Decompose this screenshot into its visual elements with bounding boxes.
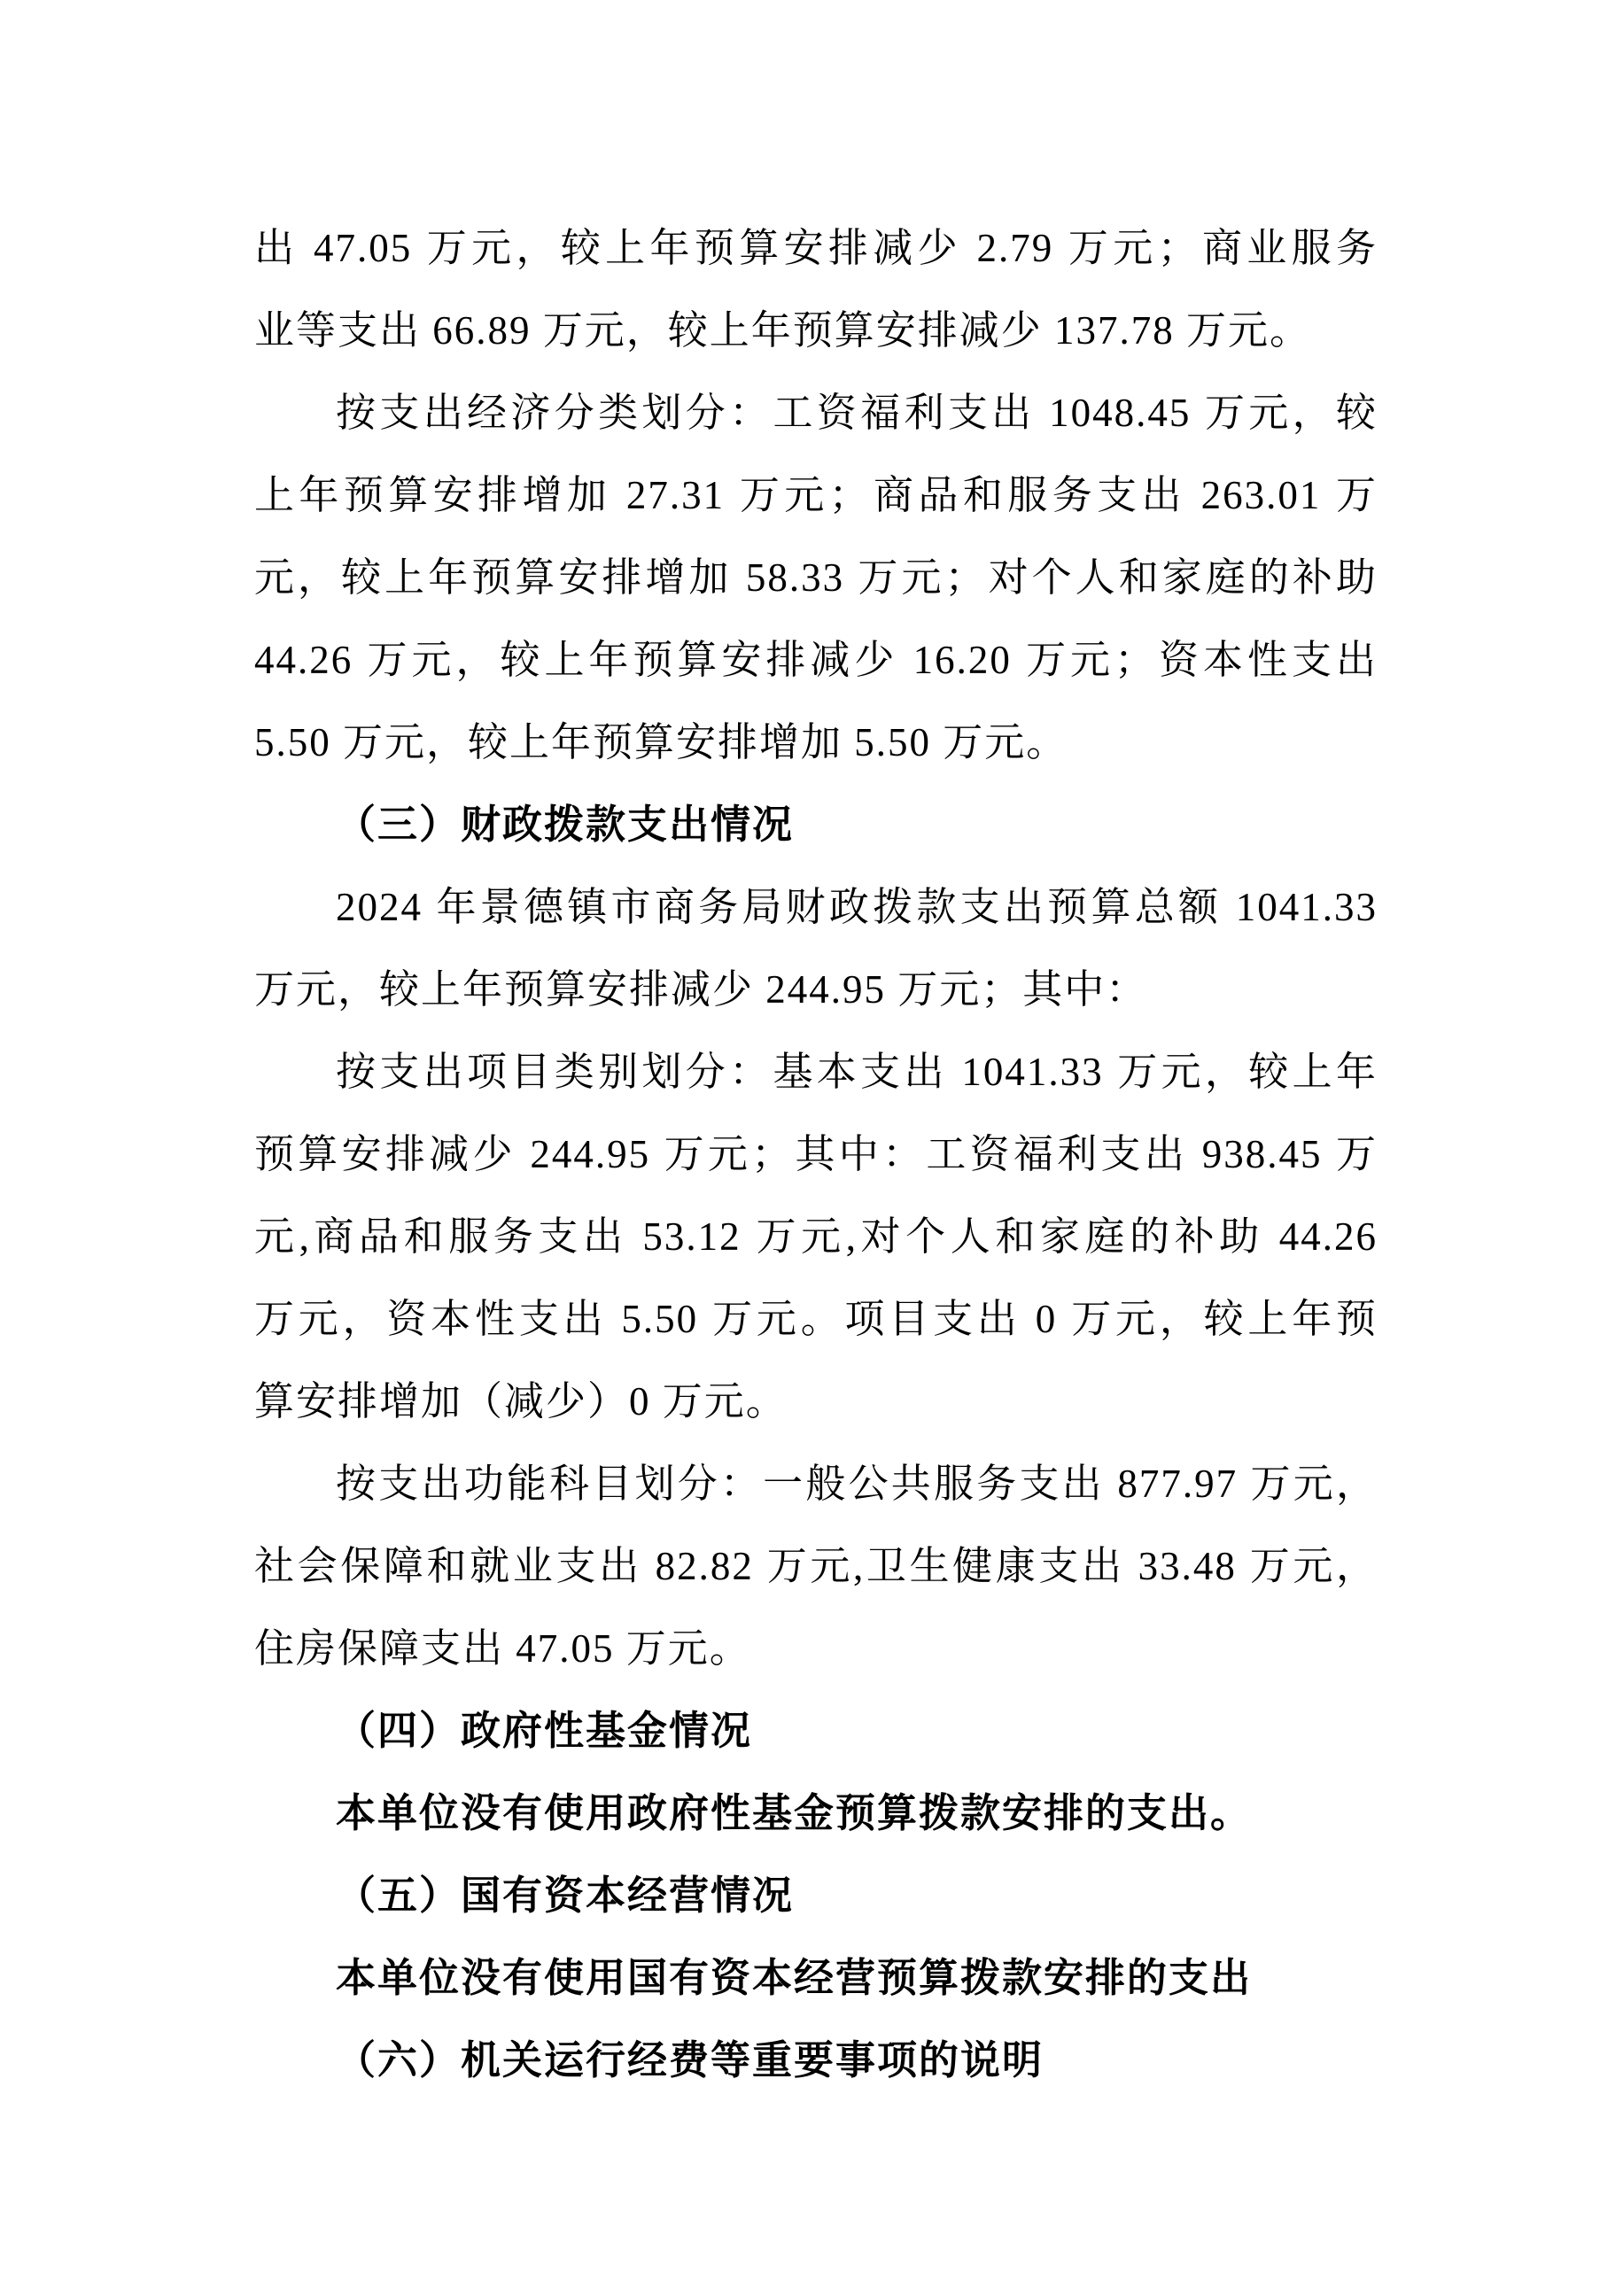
statement-line: 本单位没有使用政府性基金预算拨款安排的支出。	[254, 1772, 1378, 1855]
section-heading: （四）政府性基金情况	[254, 1690, 1378, 1772]
section-heading: （五）国有资本经营情况	[254, 1855, 1378, 1937]
section-heading: （三）财政拨款支出情况	[254, 784, 1378, 866]
text-line: 预算安排减少 244.95 万元；其中：工资福利支出 938.45 万	[254, 1113, 1378, 1196]
text-line: 5.50 万元，较上年预算安排增加 5.50 万元。	[254, 702, 1378, 784]
section-heading: （六）机关运行经费等重要事项的说明	[254, 2020, 1378, 2102]
document-content: 出 47.05 万元，较上年预算安排减少 2.79 万元；商业服务 业等支出 6…	[254, 207, 1378, 2102]
text-line: 万元，资本性支出 5.50 万元。项目支出 0 万元，较上年预	[254, 1278, 1378, 1361]
document-page: 出 47.05 万元，较上年预算安排减少 2.79 万元；商业服务 业等支出 6…	[0, 0, 1623, 2296]
text-line: 出 47.05 万元，较上年预算安排减少 2.79 万元；商业服务	[254, 207, 1378, 290]
text-line: 按支出功能科目划分：一般公共服务支出 877.97 万元，	[254, 1443, 1378, 1525]
statement-line: 本单位没有使用国有资本经营预算拨款安排的支出	[254, 1937, 1378, 2020]
text-line: 按支出项目类别划分：基本支出 1041.33 万元，较上年	[254, 1031, 1378, 1113]
text-line: 元,商品和服务支出 53.12 万元,对个人和家庭的补助 44.26	[254, 1196, 1378, 1278]
text-line: 住房保障支出 47.05 万元。	[254, 1608, 1378, 1690]
text-line: 44.26 万元，较上年预算安排减少 16.20 万元；资本性支出	[254, 619, 1378, 702]
text-line: 万元，较上年预算安排减少 244.95 万元；其中：	[254, 949, 1378, 1031]
text-line: 按支出经济分类划分：工资福利支出 1048.45 万元，较	[254, 372, 1378, 454]
text-line: 元，较上年预算安排增加 58.33 万元；对个人和家庭的补助	[254, 537, 1378, 619]
text-line: 社会保障和就业支出 82.82 万元,卫生健康支出 33.48 万元，	[254, 1525, 1378, 1608]
text-line: 业等支出 66.89 万元，较上年预算安排减少 137.78 万元。	[254, 290, 1378, 372]
text-line: 2024 年景德镇市商务局财政拨款支出预算总额 1041.33	[254, 866, 1378, 949]
text-line: 上年预算安排增加 27.31 万元；商品和服务支出 263.01 万	[254, 454, 1378, 537]
text-line: 算安排增加（减少）0 万元。	[254, 1361, 1378, 1443]
